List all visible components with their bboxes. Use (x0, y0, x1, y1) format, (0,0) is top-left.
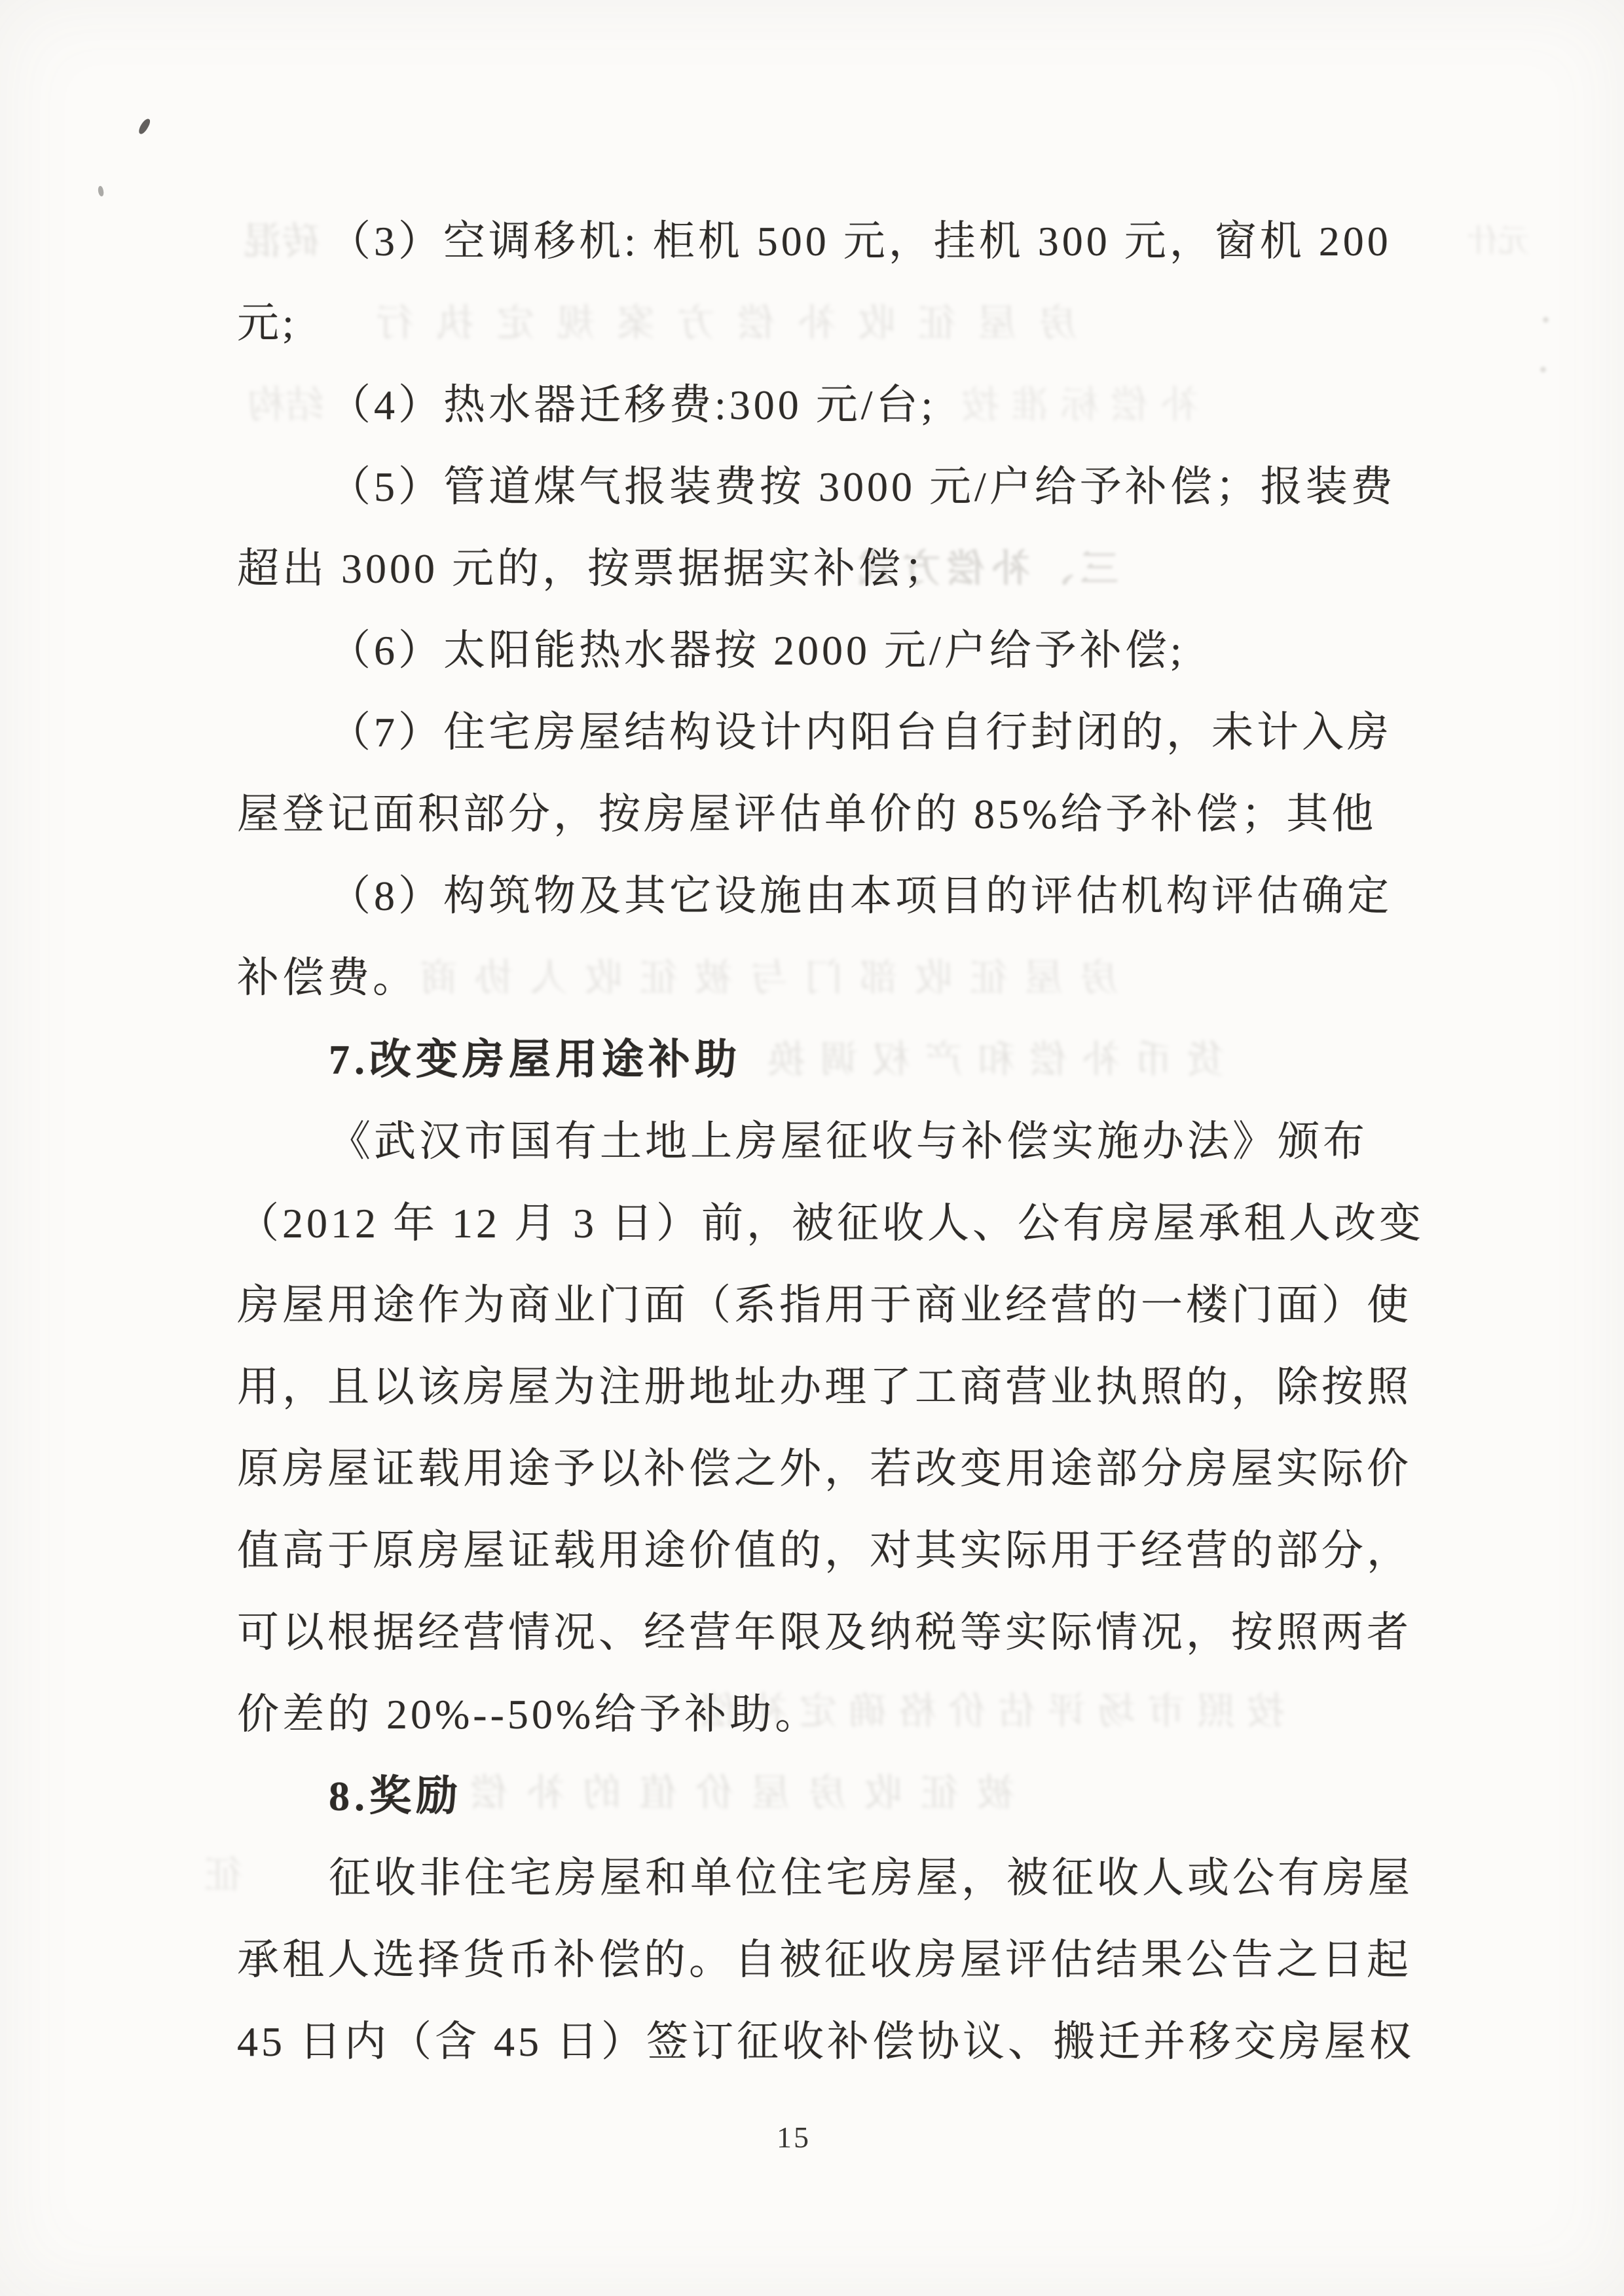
document-line: 屋登记面积部分，按房屋评估单价的 85%给予补偿；其他 (237, 773, 1416, 855)
document-line: 承租人选择货币补偿的。自被征收房屋评估结果公告之日起 (237, 1919, 1416, 2001)
document-body: （3）空调移机: 柜机 500 元，挂机 300 元，窗机 200 元; （4）… (237, 200, 1416, 2083)
bleedthrough-text: 元什 (1467, 200, 1530, 282)
page-number: 15 (741, 2120, 846, 2155)
clause-3-line: （3）空调移机: 柜机 500 元，挂机 300 元，窗机 200 (237, 200, 1416, 282)
section-7-heading: 7.改变房屋用途补助 (237, 1019, 1416, 1101)
document-line: 房屋用途作为商业门面（系指用于商业经营的一楼门面）使 (237, 1264, 1416, 1346)
ink-speck (138, 117, 152, 136)
clause-4-line: （4）热水器迁移费:300 元/台; (237, 364, 1416, 446)
document-line: 征收非住宅房屋和单位住宅房屋，被征收人或公有房屋 (237, 1837, 1416, 1919)
document-line: 45 日内（含 45 日）签订征收补偿协议、搬迁并移交房屋权 (237, 2001, 1416, 2083)
document-line: 元; (237, 282, 1416, 364)
bleedthrough-dot (1543, 317, 1549, 323)
document-line: 超出 3000 元的，按票据据实补偿； (237, 528, 1416, 610)
clause-6-line: （6）太阳能热水器按 2000 元/户给予补偿; (237, 610, 1416, 691)
clause-7-line: （7）住宅房屋结构设计内阳台自行封闭的，未计入房 (237, 691, 1416, 773)
clause-5-line: （5）管道煤气报装费按 3000 元/户给予补偿；报装费 (237, 446, 1416, 528)
document-line: 可以根据经营情况、经营年限及纳税等实际情况，按照两者 (237, 1592, 1416, 1673)
bleedthrough-dot (1540, 367, 1546, 373)
scanned-document-page: 砖混 房屋征收补偿方案规定执行 结构 补偿标准按 三、补偿方式 房屋征收部门与被… (0, 0, 1624, 2296)
document-line: 价差的 20%--50%给予补助。 (237, 1673, 1416, 1755)
clause-8-line: （8）构筑物及其它设施由本项目的评估机构评估确定 (237, 855, 1416, 937)
document-line: （2012 年 12 月 3 日）前，被征收人、公有房屋承租人改变 (237, 1182, 1416, 1264)
document-line: 原房屋证载用途予以补偿之外，若改变用途部分房屋实际价 (237, 1428, 1416, 1510)
document-line: 补偿费。 (237, 937, 1416, 1019)
ink-speck (97, 185, 105, 196)
section-8-heading: 8.奖励 (237, 1755, 1416, 1837)
document-line: 值高于原房屋证载用途价值的，对其实际用于经营的部分， (237, 1510, 1416, 1592)
document-line: 用，且以该房屋为注册地址办理了工商营业执照的，除按照 (237, 1346, 1416, 1428)
document-line: 《武汉市国有土地上房屋征收与补偿实施办法》颁布 (237, 1101, 1416, 1182)
